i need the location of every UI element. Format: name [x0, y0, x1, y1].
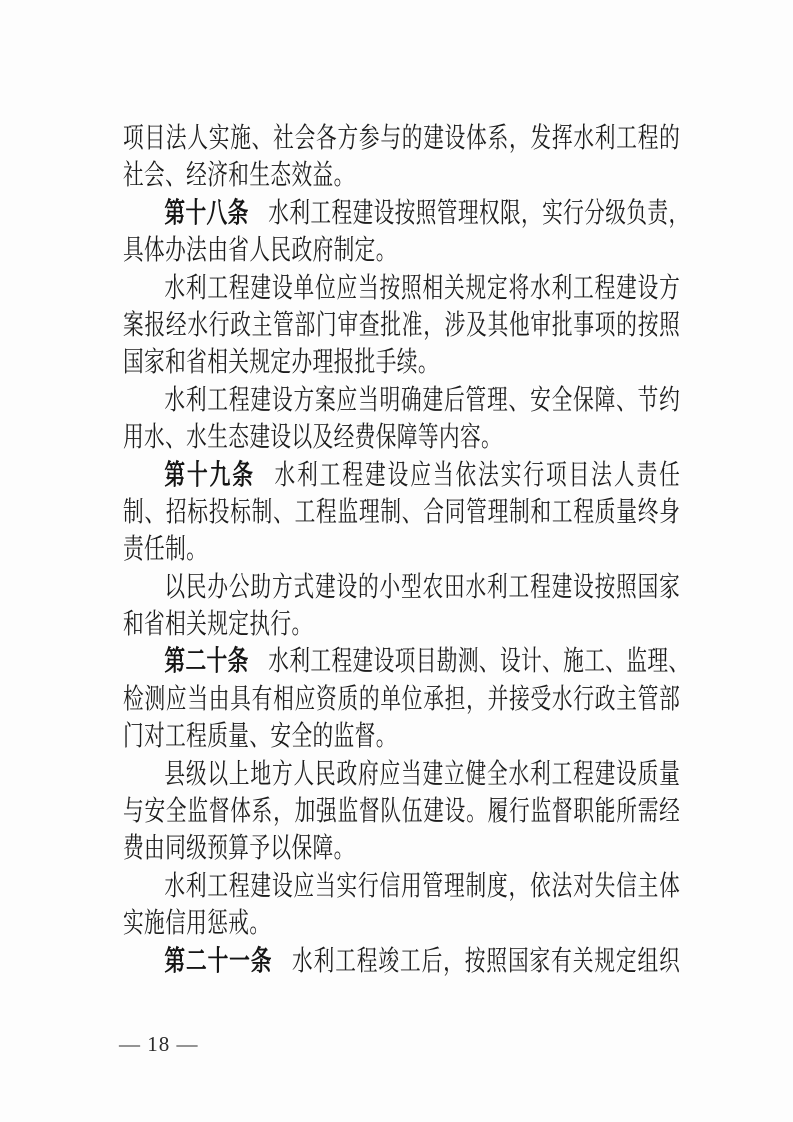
text-line: 社会、经济和生态效益。: [123, 157, 680, 194]
text-line: 和省相关规定执行。: [123, 606, 680, 643]
document-body: 项目法人实施、社会各方参与的建设体系，发挥水利工程的社会、经济和生态效益。第十八…: [123, 120, 680, 980]
line-text: 水利工程竣工后，按照国家有关规定组织: [292, 946, 680, 977]
text-line: 第二十一条水利工程竣工后，按照国家有关规定组织: [123, 943, 680, 980]
text-line: 第二十条水利工程建设项目勘测、设计、施工、监理、: [123, 643, 680, 680]
text-line: 县级以上地方人民政府应当建立健全水利工程建设质量: [123, 756, 680, 793]
line-text: 与安全监督体系，加强监督队伍建设。履行监督职能所需经: [123, 796, 680, 827]
line-text: 实施信用惩戒。: [123, 908, 270, 939]
text-line: 责任制。: [123, 531, 680, 568]
article-number: 第二十条: [164, 646, 248, 677]
text-line: 具体办法由省人民政府制定。: [123, 232, 680, 269]
line-text: 国家和省相关规定办理报批手续。: [123, 347, 439, 378]
line-text: 制、招标投标制、工程监理制、合同管理制和工程质量终身: [123, 497, 680, 528]
line-text: 和省相关规定执行。: [123, 609, 313, 640]
line-text: 项目法人实施、社会各方参与的建设体系，发挥水利工程的: [123, 123, 680, 154]
article-number: 第十九条: [164, 460, 254, 491]
line-text: 水利工程建设按照管理权限，实行分级负责，: [268, 198, 689, 229]
text-line: 水利工程建设单位应当按照相关规定将水利工程建设方: [123, 270, 680, 307]
text-line: 以民办公助方式建设的小型农田水利工程建设按照国家: [123, 569, 680, 606]
article-number: 第二十一条: [164, 946, 272, 977]
line-text: 责任制。: [123, 534, 207, 565]
text-line: 第十九条水利工程建设应当依法实行项目法人责任: [123, 457, 680, 494]
text-line: 实施信用惩戒。: [123, 905, 680, 942]
text-line: 用水、水生态建设以及经费保障等内容。: [123, 419, 680, 456]
line-text: 水利工程建设项目勘测、设计、施工、监理、: [268, 646, 689, 677]
line-text: 费由同级预算予以保障。: [123, 833, 355, 864]
line-text: 水利工程建设应当实行信用管理制度，依法对失信主体: [164, 871, 680, 902]
line-text: 以民办公助方式建设的小型农田水利工程建设按照国家: [164, 572, 680, 603]
text-line: 门对工程质量、安全的监督。: [123, 718, 680, 755]
text-line: 检测应当由具有相应资质的单位承担，并接受水行政主管部: [123, 681, 680, 718]
line-text: 水利工程建设单位应当按照相关规定将水利工程建设方: [164, 273, 680, 304]
line-text: 门对工程质量、安全的监督。: [123, 721, 397, 752]
text-line: 费由同级预算予以保障。: [123, 830, 680, 867]
text-line: 国家和省相关规定办理报批手续。: [123, 344, 680, 381]
text-line: 项目法人实施、社会各方参与的建设体系，发挥水利工程的: [123, 120, 680, 157]
text-line: 水利工程建设应当实行信用管理制度，依法对失信主体: [123, 868, 680, 905]
text-line: 第十八条水利工程建设按照管理权限，实行分级负责，: [123, 195, 680, 232]
line-text: 案报经水行政主管部门审查批准，涉及其他审批事项的按照: [123, 310, 680, 341]
text-line: 制、招标投标制、工程监理制、合同管理制和工程质量终身: [123, 494, 680, 531]
article-number: 第十八条: [164, 198, 248, 229]
page-number: — 18 —: [119, 1032, 199, 1057]
line-text: 县级以上地方人民政府应当建立健全水利工程建设质量: [164, 759, 680, 790]
text-line: 与安全监督体系，加强监督队伍建设。履行监督职能所需经: [123, 793, 680, 830]
line-text: 用水、水生态建设以及经费保障等内容。: [123, 422, 502, 453]
line-text: 水利工程建设方案应当明确建后管理、安全保障、节约: [164, 385, 680, 416]
text-line: 案报经水行政主管部门审查批准，涉及其他审批事项的按照: [123, 307, 680, 344]
line-text: 具体办法由省人民政府制定。: [123, 235, 397, 266]
document-page: 项目法人实施、社会各方参与的建设体系，发挥水利工程的社会、经济和生态效益。第十八…: [0, 0, 793, 1122]
line-text: 检测应当由具有相应资质的单位承担，并接受水行政主管部: [123, 684, 680, 715]
line-text: 社会、经济和生态效益。: [123, 160, 355, 191]
line-text: 水利工程建设应当依法实行项目法人责任: [275, 460, 681, 491]
text-line: 水利工程建设方案应当明确建后管理、安全保障、节约: [123, 382, 680, 419]
